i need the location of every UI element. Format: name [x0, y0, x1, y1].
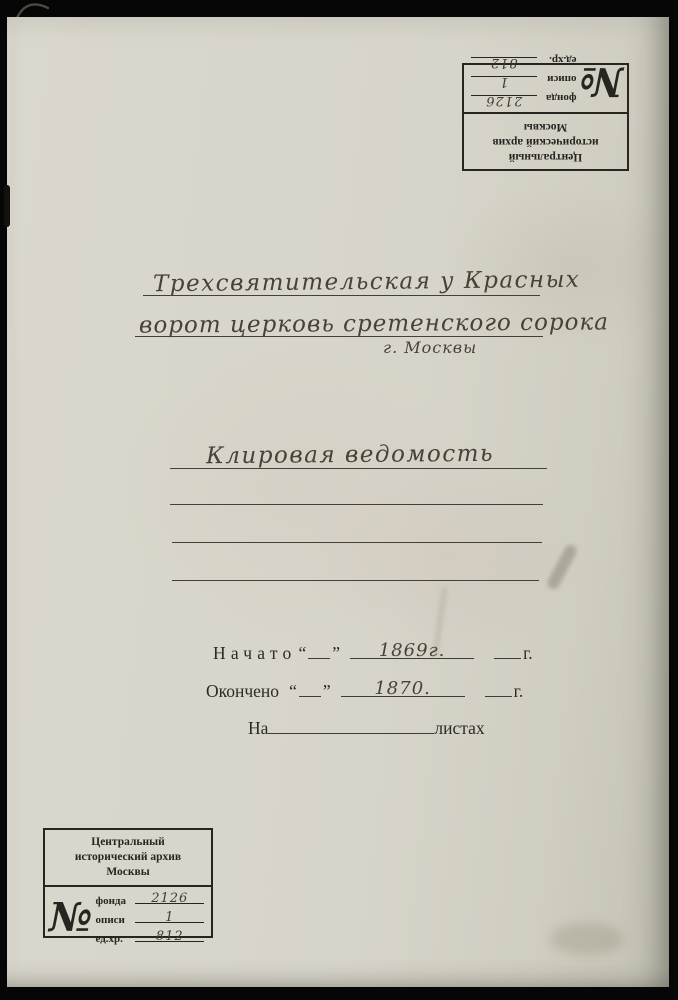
item-label: ед.хр.: [95, 933, 135, 945]
fond-value: 2126: [471, 93, 537, 108]
archive-org-line: Центральный: [47, 835, 209, 850]
sheets-row: Налистах: [248, 718, 485, 739]
fond-label: фонда: [537, 92, 577, 104]
finished-row: Окончено“”1870.г.: [206, 681, 523, 702]
archive-org-line: исторический архив: [466, 134, 625, 149]
close-quote: ”: [323, 681, 331, 701]
finished-year-letter: г.: [514, 681, 524, 701]
fond-line: 2126: [135, 890, 204, 904]
open-quote: “: [289, 681, 297, 701]
blank-ruled-line-2: [172, 542, 542, 543]
close-quote: ”: [332, 643, 340, 663]
sheets-count-line: [268, 719, 434, 734]
title-text-2: ворот церковь сретенского сорока: [139, 309, 609, 338]
title-line-1: Трехсвятительская у Красных: [143, 258, 540, 296]
fond-label: фонда: [95, 895, 135, 907]
started-year-line: 1869г.: [350, 644, 474, 659]
finished-suffix-line: [485, 682, 512, 697]
archive-stamp-top-rotated: Центральный исторический архив Москвы № …: [462, 63, 629, 171]
item-value: 812: [471, 55, 537, 70]
started-year-value: 1869г.: [350, 640, 474, 661]
number-sign: №: [49, 901, 92, 935]
item-value: 812: [135, 929, 204, 944]
title-text-1: Трехсвятительская у Красных: [153, 267, 581, 297]
title-text-3: г. Москвы: [383, 338, 477, 357]
archive-org-name: Центральный исторический архив Москвы: [464, 112, 627, 169]
finished-label: Окончено: [206, 681, 279, 701]
archive-org-line: Москвы: [47, 865, 209, 880]
folder-cover-page: Центральный исторический архив Москвы № …: [7, 17, 669, 987]
opis-row: описи 1: [471, 73, 577, 90]
stain: [550, 923, 624, 955]
finished-day-line: [299, 682, 321, 697]
item-line: 812: [471, 57, 537, 71]
blank-ruled-line-1: [170, 504, 543, 505]
sheets-prefix: На: [248, 718, 268, 738]
started-label: Начато: [213, 643, 297, 663]
archive-folder-scan: Центральный исторический архив Москвы № …: [0, 0, 678, 1000]
ink-smudge: [545, 543, 578, 591]
archive-org-line: Центральный: [466, 149, 625, 164]
document-type-text: Клировая ведомость: [206, 441, 494, 470]
archive-stamp-fields: № фонда 2126 описи 1 ед.хр. 812: [464, 49, 627, 112]
item-label: ед.хр.: [537, 54, 577, 66]
fond-row: фонда 2126: [471, 92, 577, 109]
item-row: ед.хр. 812: [471, 54, 577, 71]
fond-row: фонда 2126: [95, 890, 204, 907]
open-quote: “: [299, 643, 307, 663]
finished-year-line: 1870.: [341, 682, 465, 697]
document-type-line: Клировая ведомость: [170, 430, 547, 469]
started-year-letter: г.: [523, 643, 533, 663]
started-day-line: [308, 644, 330, 659]
archive-stamp-bottom: Центральный исторический архив Москвы № …: [43, 828, 213, 938]
started-suffix-line: [494, 644, 521, 659]
edge-notch: [4, 185, 10, 227]
sheets-suffix: листах: [434, 718, 484, 738]
item-line: 812: [135, 928, 204, 942]
archive-stamp-fields: № фонда 2126 описи 1 ед.хр. 812: [45, 887, 211, 950]
opis-line: 1: [135, 909, 204, 923]
title-line-2: ворот церковь сретенского сорока: [135, 299, 543, 337]
finished-year-value: 1870.: [341, 678, 465, 699]
fond-value: 2126: [135, 891, 204, 906]
opis-line: 1: [471, 76, 537, 90]
opis-row: описи 1: [95, 909, 204, 926]
archive-org-name: Центральный исторический архив Москвы: [45, 830, 211, 887]
opis-label: описи: [537, 73, 577, 85]
opis-value: 1: [135, 910, 204, 925]
fond-line: 2126: [471, 95, 537, 109]
archive-org-line: Москвы: [466, 118, 625, 133]
opis-value: 1: [471, 74, 537, 89]
blank-ruled-line-3: [172, 580, 539, 581]
number-sign: №: [580, 64, 623, 98]
archive-org-line: исторический архив: [47, 850, 209, 865]
item-row: ед.хр. 812: [95, 928, 204, 945]
opis-label: описи: [95, 914, 135, 926]
started-row: Начато“”1869г.г.: [213, 643, 533, 664]
